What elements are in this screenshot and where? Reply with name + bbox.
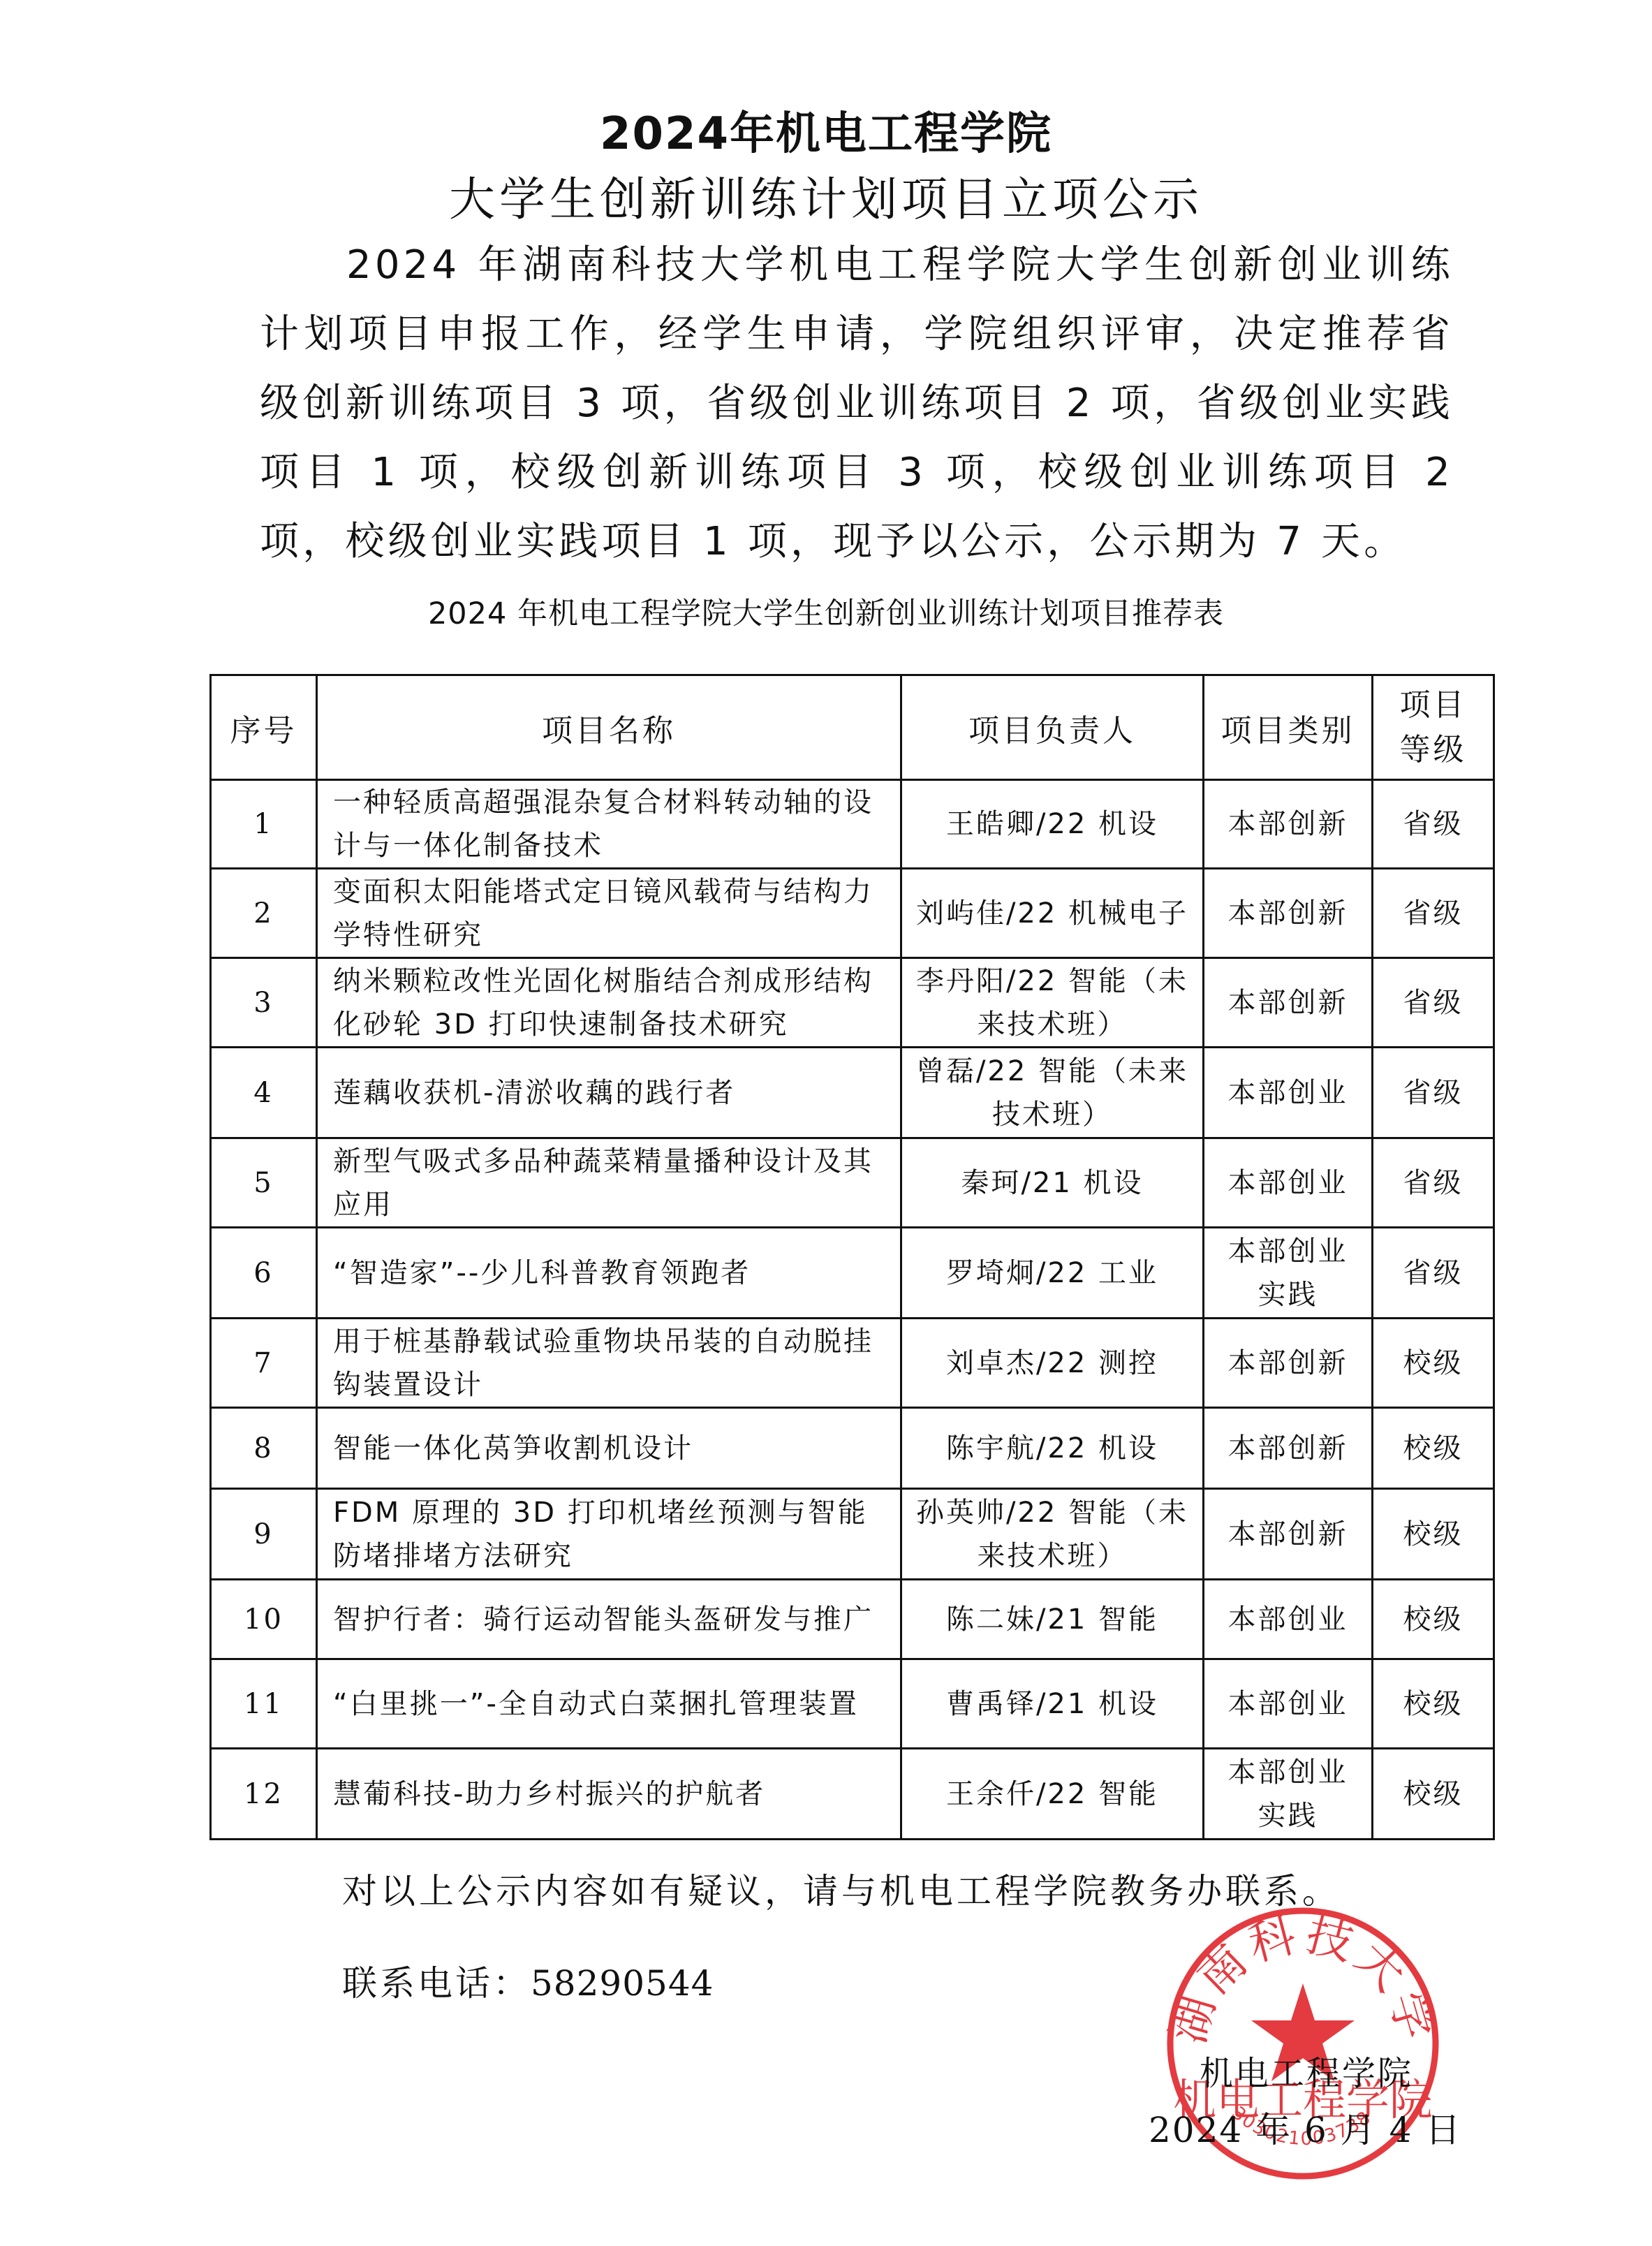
table-row: 7 用于桩基静载试验重物块吊装的自动脱挂钩装置设计 刘卓杰/22 测控 本部创新… — [211, 1319, 1494, 1408]
cell-category: 本部创业 — [1204, 1580, 1373, 1659]
cell-leader: 曹禹铎/21 机设 — [901, 1659, 1204, 1749]
col-header-leader: 项目负责人 — [901, 675, 1204, 780]
cell-category: 本部创新 — [1204, 780, 1373, 869]
cell-leader: 陈二妹/21 智能 — [901, 1580, 1204, 1659]
cell-name: 变面积太阳能塔式定日镜风载荷与结构力学特性研究 — [317, 869, 901, 958]
cell-name: 智能一体化莴笋收割机设计 — [317, 1408, 901, 1489]
intro-paragraph: 2024 年湖南科技大学机电工程学院大学生创新创业训练计划项目申报工作，经学生申… — [260, 230, 1454, 576]
col-header-category: 项目类别 — [1204, 675, 1373, 780]
cell-level: 校级 — [1373, 1659, 1494, 1749]
cell-name: 一种轻质高超强混杂复合材料转动轴的设计与一体化制备技术 — [317, 780, 901, 869]
cell-name: 纳米颗粒改性光固化树脂结合剂成形结构化砂轮 3D 打印快速制备技术研究 — [317, 958, 901, 1048]
table-row: 3 纳米颗粒改性光固化树脂结合剂成形结构化砂轮 3D 打印快速制备技术研究 李丹… — [211, 958, 1494, 1048]
table-row: 1 一种轻质高超强混杂复合材料转动轴的设计与一体化制备技术 王皓卿/22 机设 … — [211, 780, 1494, 869]
table-row: 11 “白里挑一”-全自动式白菜捆扎管理装置 曹禹铎/21 机设 本部创业 校级 — [211, 1659, 1494, 1749]
contact-phone-line: 联系电话：58290544 — [342, 1955, 714, 2006]
cell-leader: 秦珂/21 机设 — [901, 1138, 1204, 1228]
table-row: 8 智能一体化莴笋收割机设计 陈宇航/22 机设 本部创新 校级 — [211, 1408, 1494, 1489]
table-row: 12 慧葡科技-助力乡村振兴的护航者 王余仟/22 智能 本部创业实践 校级 — [211, 1749, 1494, 1840]
table-row: 5 新型气吸式多品种蔬菜精量播种设计及其应用 秦珂/21 机设 本部创业 省级 — [211, 1138, 1494, 1228]
cell-category: 本部创业 — [1204, 1138, 1373, 1228]
phone-label: 联系电话： — [342, 1963, 531, 2004]
cell-index: 8 — [211, 1408, 317, 1489]
cell-index: 2 — [211, 869, 317, 958]
cell-name: FDM 原理的 3D 打印机堵丝预测与智能防堵排堵方法研究 — [317, 1489, 901, 1580]
cell-level: 校级 — [1373, 1408, 1494, 1489]
cell-level: 省级 — [1373, 1228, 1494, 1319]
cell-name: 莲藕收获机-清淤收藕的践行者 — [317, 1048, 901, 1138]
page-title-line2: 大学生创新训练计划项目立项公示 — [0, 162, 1652, 228]
cell-category: 本部创新 — [1204, 1319, 1373, 1408]
cell-leader: 王余仟/22 智能 — [901, 1749, 1204, 1840]
table-row: 6 “智造家”--少儿科普教育领跑者 罗埼炯/22 工业 本部创业实践 省级 — [211, 1228, 1494, 1319]
cell-leader: 孙英帅/22 智能（未来技术班） — [901, 1489, 1204, 1580]
cell-level: 省级 — [1373, 780, 1494, 869]
cell-level: 校级 — [1373, 1489, 1494, 1580]
col-header-level: 项目等级 — [1373, 675, 1494, 780]
cell-index: 10 — [211, 1580, 317, 1659]
cell-level: 省级 — [1373, 1048, 1494, 1138]
col-header-level-text: 项目等级 — [1399, 683, 1468, 772]
cell-name: 智护行者：骑行运动智能头盔研发与推广 — [317, 1580, 901, 1659]
cell-leader: 刘卓杰/22 测控 — [901, 1319, 1204, 1408]
cell-name: 新型气吸式多品种蔬菜精量播种设计及其应用 — [317, 1138, 901, 1228]
col-header-name: 项目名称 — [317, 675, 901, 780]
cell-index: 11 — [211, 1659, 317, 1749]
cell-index: 7 — [211, 1319, 317, 1408]
cell-leader: 李丹阳/22 智能（未来技术班） — [901, 958, 1204, 1048]
cell-index: 3 — [211, 958, 317, 1048]
table-row: 9 FDM 原理的 3D 打印机堵丝预测与智能防堵排堵方法研究 孙英帅/22 智… — [211, 1489, 1494, 1580]
cell-level: 省级 — [1373, 869, 1494, 958]
cell-leader: 王皓卿/22 机设 — [901, 780, 1204, 869]
cell-category: 本部创新 — [1204, 1489, 1373, 1580]
page-title-line1: 2024年机电工程学院 — [0, 98, 1652, 162]
col-header-index: 序号 — [211, 675, 317, 780]
cell-leader: 罗埼炯/22 工业 — [901, 1228, 1204, 1319]
cell-level: 省级 — [1373, 1138, 1494, 1228]
cell-category: 本部创新 — [1204, 1408, 1373, 1489]
signature-department: 机电工程学院 — [1200, 2046, 1413, 2094]
table-row: 4 莲藕收获机-清淤收藕的践行者 曾磊/22 智能（未来技术班） 本部创业 省级 — [211, 1048, 1494, 1138]
cell-leader: 曾磊/22 智能（未来技术班） — [901, 1048, 1204, 1138]
cell-index: 4 — [211, 1048, 317, 1138]
cell-category: 本部创业 — [1204, 1659, 1373, 1749]
cell-category: 本部创新 — [1204, 869, 1373, 958]
cell-index: 5 — [211, 1138, 317, 1228]
table-caption: 2024 年机电工程学院大学生创新创业训练计划项目推荐表 — [0, 590, 1652, 633]
cell-level: 校级 — [1373, 1319, 1494, 1408]
project-table: 序号 项目名称 项目负责人 项目类别 项目等级 1 一种轻质高超强混杂复合材料转… — [209, 674, 1495, 1840]
phone-number: 58290544 — [531, 1963, 714, 2004]
cell-category: 本部创新 — [1204, 958, 1373, 1048]
cell-category: 本部创业实践 — [1204, 1749, 1373, 1840]
cell-name: 慧葡科技-助力乡村振兴的护航者 — [317, 1749, 901, 1840]
cell-name: “智造家”--少儿科普教育领跑者 — [317, 1228, 901, 1319]
cell-category: 本部创业 — [1204, 1048, 1373, 1138]
cell-leader: 刘屿佳/22 机械电子 — [901, 869, 1204, 958]
cell-level: 省级 — [1373, 958, 1494, 1048]
signature-date: 2024 年 6 月 4 日 — [1149, 2102, 1461, 2152]
cell-index: 9 — [211, 1489, 317, 1580]
cell-level: 校级 — [1373, 1749, 1494, 1840]
cell-name: “白里挑一”-全自动式白菜捆扎管理装置 — [317, 1659, 901, 1749]
cell-index: 12 — [211, 1749, 317, 1840]
cell-name: 用于桩基静载试验重物块吊装的自动脱挂钩装置设计 — [317, 1319, 901, 1408]
cell-category: 本部创业实践 — [1204, 1228, 1373, 1319]
cell-index: 6 — [211, 1228, 317, 1319]
cell-level: 校级 — [1373, 1580, 1494, 1659]
table-row: 10 智护行者：骑行运动智能头盔研发与推广 陈二妹/21 智能 本部创业 校级 — [211, 1580, 1494, 1659]
cell-index: 1 — [211, 780, 317, 869]
table-header-row: 序号 项目名称 项目负责人 项目类别 项目等级 — [211, 675, 1494, 780]
cell-leader: 陈宇航/22 机设 — [901, 1408, 1204, 1489]
table-row: 2 变面积太阳能塔式定日镜风载荷与结构力学特性研究 刘屿佳/22 机械电子 本部… — [211, 869, 1494, 958]
